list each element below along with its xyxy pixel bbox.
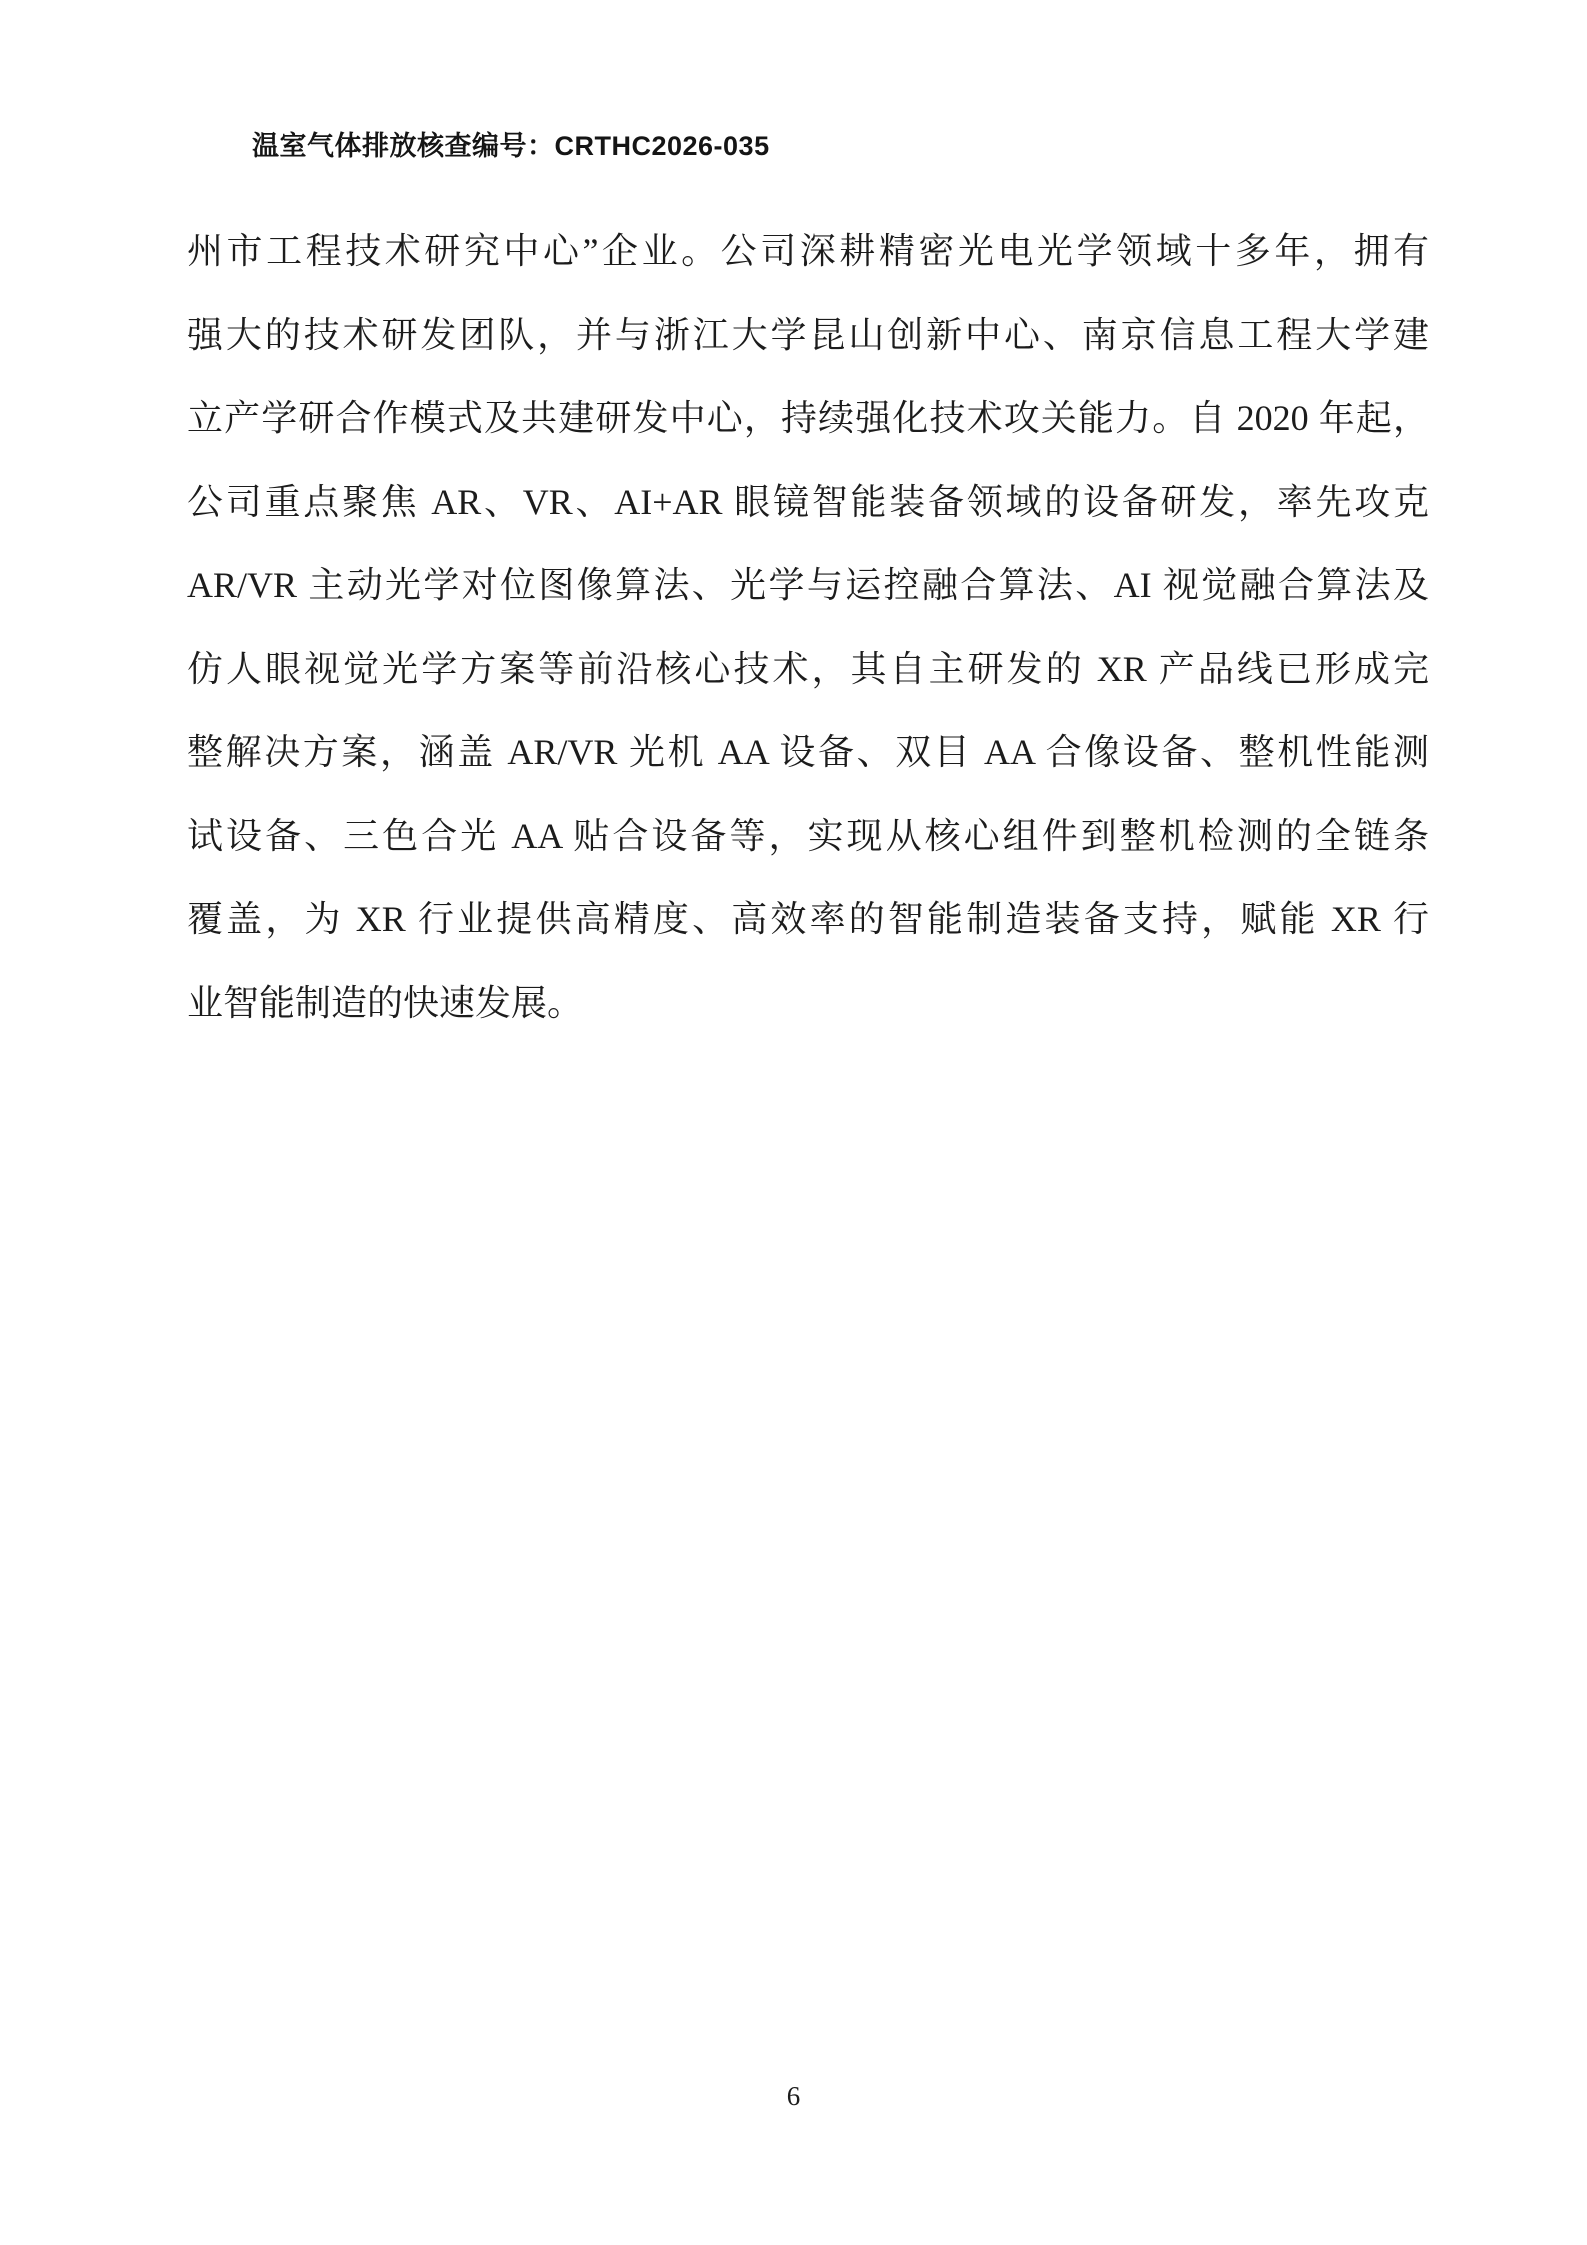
body-line: 整解决方案，涵盖 AR/VR 光机 AA 设备、双目 AA 合像设备、整机性能测 [187,711,1429,795]
body-line: 业智能制造的快速发展。 [187,962,1429,1046]
body-paragraph: 州市工程技术研究中心”企业。公司深耕精密光电光学领域十多年，拥有 强大的技术研发… [187,210,1429,1045]
body-line: 仿人眼视觉光学方案等前沿核心技术，其自主研发的 XR 产品线已形成完 [187,628,1429,712]
body-line: 覆盖，为 XR 行业提供高精度、高效率的智能制造装备支持，赋能 XR 行 [187,878,1429,962]
report-code-header: 温室气体排放核查编号：CRTHC2026-035 [252,128,770,164]
body-line: AR/VR 主动光学对位图像算法、光学与运控融合算法、AI 视觉融合算法及 [187,544,1429,628]
body-line: 立产学研合作模式及共建研发中心，持续强化技术攻关能力。自 2020 年起， [187,377,1429,461]
body-line: 州市工程技术研究中心”企业。公司深耕精密光电光学领域十多年，拥有 [187,210,1429,294]
document-page: 温室气体排放核查编号：CRTHC2026-035 州市工程技术研究中心”企业。公… [0,0,1587,2245]
page-number: 6 [0,2078,1587,2114]
body-line: 强大的技术研发团队，并与浙江大学昆山创新中心、南京信息工程大学建 [187,294,1429,378]
body-line: 试设备、三色合光 AA 贴合设备等，实现从核心组件到整机检测的全链条 [187,795,1429,879]
body-line: 公司重点聚焦 AR、VR、AI+AR 眼镜智能装备领域的设备研发，率先攻克 [187,461,1429,545]
